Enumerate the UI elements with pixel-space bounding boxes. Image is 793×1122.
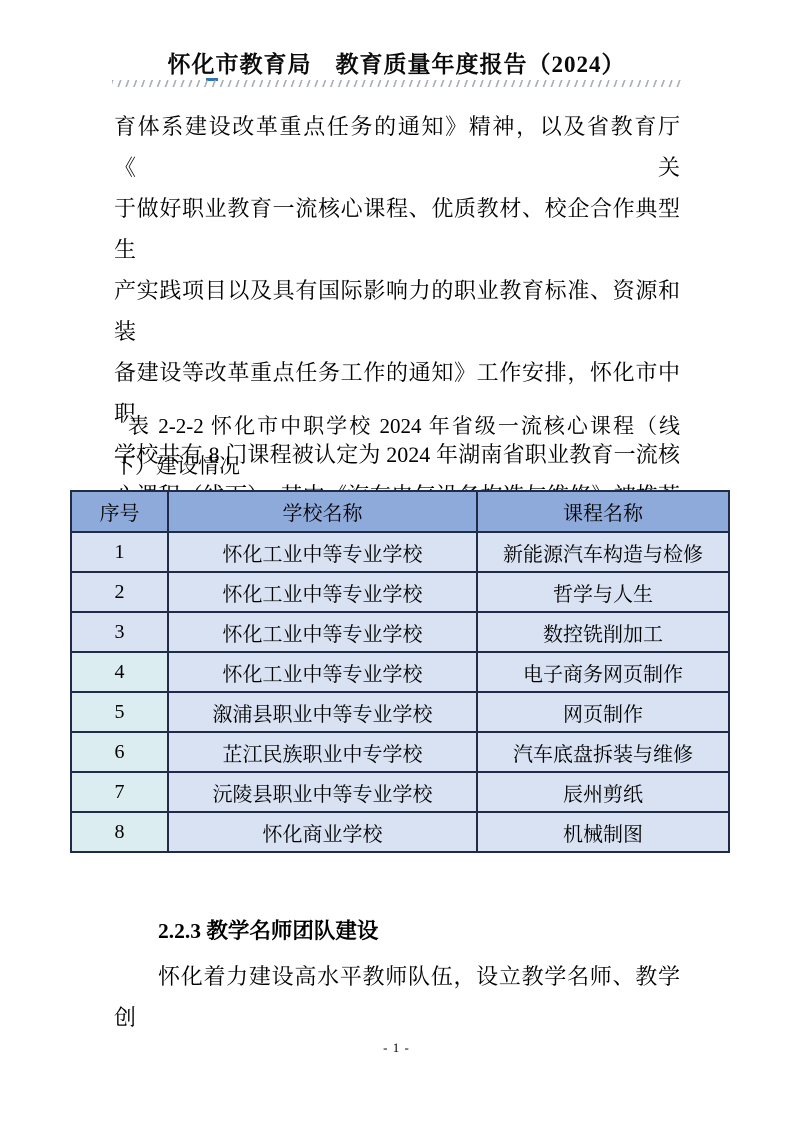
cell-course: 机械制图 [477, 812, 729, 852]
cell-course: 网页制作 [477, 692, 729, 732]
cell-index: 1 [71, 532, 168, 572]
cell-school: 怀化工业中等专业学校 [168, 532, 477, 572]
table-row: 8 怀化商业学校 机械制图 [71, 812, 729, 852]
cell-index: 4 [71, 652, 168, 692]
paragraph-line: 产实践项目以及具有国际影响力的职业教育标准、资源和装 [114, 270, 680, 352]
cell-course: 哲学与人生 [477, 572, 729, 612]
cell-index: 2 [71, 572, 168, 612]
table-header-row: 序号 学校名称 课程名称 [71, 491, 729, 532]
cell-school: 怀化商业学校 [168, 812, 477, 852]
cell-course: 辰州剪纸 [477, 772, 729, 812]
section-paragraph: 怀化着力建设高水平教师队伍，设立教学名师、教学创 [114, 956, 680, 1038]
cell-school: 怀化工业中等专业学校 [168, 572, 477, 612]
paragraph-line: 于做好职业教育一流核心课程、优质教材、校企合作典型生 [114, 188, 680, 270]
cell-index: 8 [71, 812, 168, 852]
header-dotted-divider [112, 80, 684, 87]
table-caption-line: 下）建设情况 [114, 446, 680, 486]
cell-index: 6 [71, 732, 168, 772]
table-row: 2 怀化工业中等专业学校 哲学与人生 [71, 572, 729, 612]
cell-index: 5 [71, 692, 168, 732]
cell-index: 7 [71, 772, 168, 812]
col-header-school: 学校名称 [168, 491, 477, 532]
cell-school: 溆浦县职业中等专业学校 [168, 692, 477, 732]
table-row: 5 溆浦县职业中等专业学校 网页制作 [71, 692, 729, 732]
document-page: 怀化市教育局 教育质量年度报告（2024） 育体系建设改革重点任务的通知》精神，… [0, 0, 793, 1122]
col-header-index: 序号 [71, 491, 168, 532]
cell-course: 新能源汽车构造与检修 [477, 532, 729, 572]
cell-school: 芷江民族职业中专学校 [168, 732, 477, 772]
cell-course: 数控铣削加工 [477, 612, 729, 652]
table-row: 6 芷江民族职业中专学校 汽车底盘拆装与维修 [71, 732, 729, 772]
table-row: 4 怀化工业中等专业学校 电子商务网页制作 [71, 652, 729, 692]
running-header-title: 怀化市教育局 教育质量年度报告（2024） [0, 46, 793, 79]
table-caption: 表 2-2-2 怀化市中职学校 2024 年省级一流核心课程（线 下）建设情况 [114, 406, 680, 486]
page-number: - 1 - [0, 1040, 793, 1056]
table-row: 1 怀化工业中等专业学校 新能源汽车构造与检修 [71, 532, 729, 572]
table-caption-line: 表 2-2-2 怀化市中职学校 2024 年省级一流核心课程（线 [114, 406, 680, 446]
cell-course: 电子商务网页制作 [477, 652, 729, 692]
table-row: 7 沅陵县职业中等专业学校 辰州剪纸 [71, 772, 729, 812]
table-row: 3 怀化工业中等专业学校 数控铣削加工 [71, 612, 729, 652]
paragraph-line: 育体系建设改革重点任务的通知》精神，以及省教育厅《关 [114, 106, 680, 188]
cell-school: 怀化工业中等专业学校 [168, 612, 477, 652]
course-table: 序号 学校名称 课程名称 1 怀化工业中等专业学校 新能源汽车构造与检修 2 怀… [70, 490, 730, 853]
cell-school: 怀化工业中等专业学校 [168, 652, 477, 692]
cell-course: 汽车底盘拆装与维修 [477, 732, 729, 772]
cell-school: 沅陵县职业中等专业学校 [168, 772, 477, 812]
section-heading: 2.2.3 教学名师团队建设 [114, 914, 680, 945]
col-header-course: 课程名称 [477, 491, 729, 532]
cell-index: 3 [71, 612, 168, 652]
